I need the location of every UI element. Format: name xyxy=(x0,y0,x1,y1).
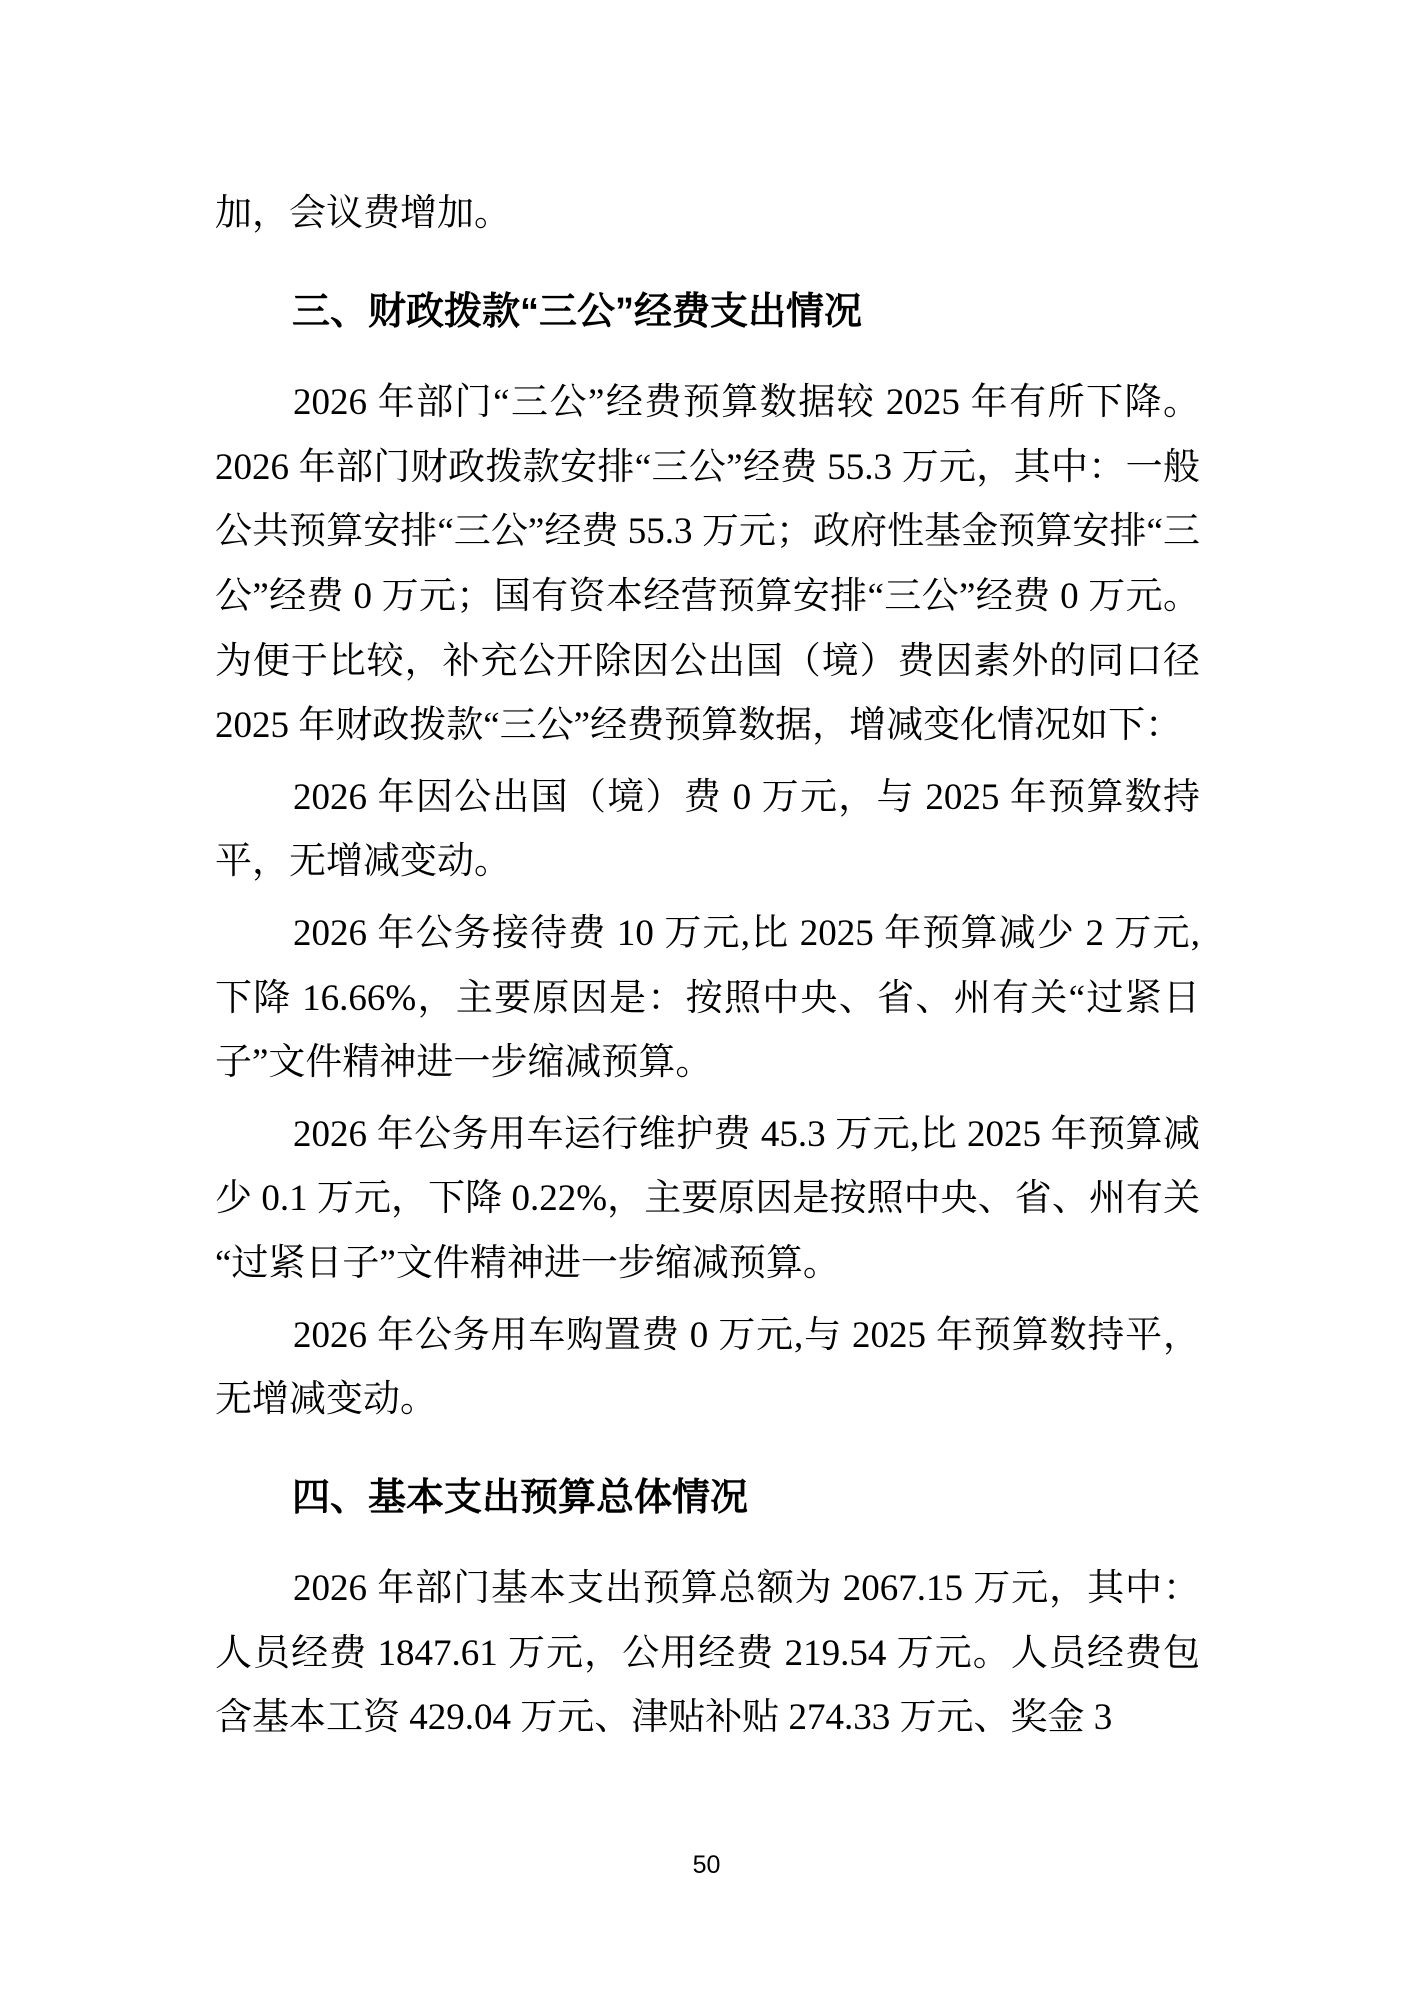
paragraph-meeting-fee-fragment: 加，会议费增加。 xyxy=(215,182,1200,247)
paragraph-overseas-travel-fee: 2026 年因公出国（境）费 0 万元，与 2025 年预算数持平，无增减变动。 xyxy=(215,766,1200,895)
paragraph-vehicle-purchase-fee: 2026 年公务用车购置费 0 万元,与 2025 年预算数持平，无增减变动。 xyxy=(215,1304,1200,1433)
document-page: 加，会议费增加。 三、财政拨款“三公”经费支出情况 2026 年部门“三公”经费… xyxy=(0,0,1413,2000)
paragraph-basic-expenditure-overview: 2026 年部门基本支出预算总额为 2067.15 万元，其中：人员经费 184… xyxy=(215,1557,1200,1751)
section-heading-basic-expenditure: 四、基本支出预算总体情况 xyxy=(215,1466,1200,1531)
paragraph-vehicle-operation-fee: 2026 年公务用车运行维护费 45.3 万元,比 2025 年预算减少 0.1… xyxy=(215,1103,1200,1297)
section-heading-three-public-expenses: 三、财政拨款“三公”经费支出情况 xyxy=(215,280,1200,345)
paragraph-three-public-overview: 2026 年部门“三公”经费预算数据较 2025 年有所下降。2026 年部门财… xyxy=(215,371,1200,759)
paragraph-official-reception-fee: 2026 年公务接待费 10 万元,比 2025 年预算减少 2 万元,下降 1… xyxy=(215,902,1200,1096)
page-content: 加，会议费增加。 三、财政拨款“三公”经费支出情况 2026 年部门“三公”经费… xyxy=(215,182,1200,1758)
page-footer: 50 xyxy=(0,1851,1413,1880)
page-number: 50 xyxy=(693,1851,721,1879)
